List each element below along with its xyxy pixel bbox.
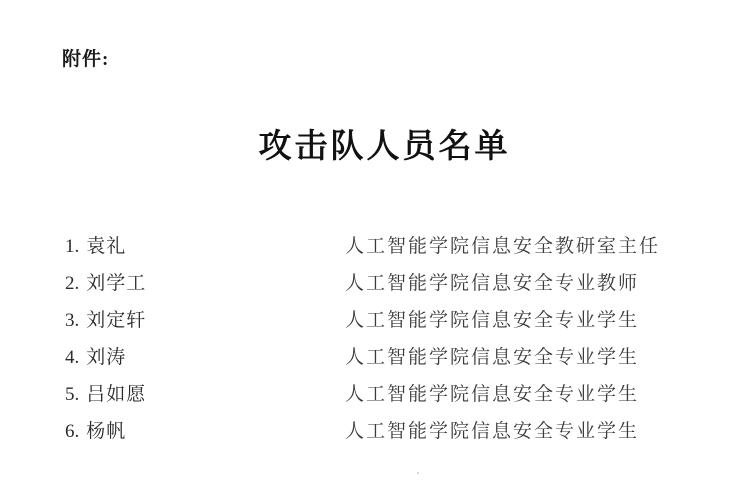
page-title: 攻击队人员名单 (16, 120, 737, 167)
member-index: 1. (65, 236, 79, 258)
member-name: 袁礼 (86, 236, 126, 257)
member-role: 人工智能学院信息安全专业学生 (345, 347, 697, 369)
member-role: 人工智能学院信息安全教研室主任 (345, 236, 697, 258)
roster-row: 6.杨帆 人工智能学院信息安全专业学生 (65, 421, 697, 443)
document-page: 附件: 攻击队人员名单 1.袁礼 人工智能学院信息安全教研室主任 2.刘学工 人… (0, 0, 737, 502)
member-role: 人工智能学院信息安全专业学生 (345, 421, 697, 443)
member-name: 刘学工 (86, 273, 146, 294)
member-name-cell: 2.刘学工 (65, 273, 345, 295)
scan-artifact (417, 472, 419, 474)
member-index: 5. (65, 384, 79, 406)
member-index: 4. (65, 347, 79, 369)
member-role: 人工智能学院信息安全专业教师 (345, 273, 697, 295)
member-name-cell: 4.刘涛 (65, 347, 345, 369)
roster-row: 5.吕如愿 人工智能学院信息安全专业学生 (65, 384, 697, 406)
member-index: 6. (65, 421, 79, 443)
member-index: 3. (65, 310, 79, 332)
roster-row: 3.刘定轩 人工智能学院信息安全专业学生 (65, 310, 697, 332)
member-name-cell: 6.杨帆 (65, 421, 345, 443)
member-name: 刘定轩 (86, 310, 146, 331)
member-name: 杨帆 (86, 421, 126, 442)
member-role: 人工智能学院信息安全专业学生 (345, 310, 697, 332)
member-name: 刘涛 (86, 347, 126, 368)
member-index: 2. (65, 273, 79, 295)
roster-row: 2.刘学工 人工智能学院信息安全专业教师 (65, 273, 697, 295)
member-name-cell: 1.袁礼 (65, 236, 345, 258)
member-name-cell: 3.刘定轩 (65, 310, 345, 332)
roster-row: 4.刘涛 人工智能学院信息安全专业学生 (65, 347, 697, 369)
attachment-label: 附件: (62, 44, 109, 71)
member-name-cell: 5.吕如愿 (65, 384, 345, 406)
member-name: 吕如愿 (86, 384, 146, 405)
member-role: 人工智能学院信息安全专业学生 (345, 384, 697, 406)
roster-row: 1.袁礼 人工智能学院信息安全教研室主任 (65, 236, 697, 258)
member-roster: 1.袁礼 人工智能学院信息安全教研室主任 2.刘学工 人工智能学院信息安全专业教… (65, 236, 697, 458)
